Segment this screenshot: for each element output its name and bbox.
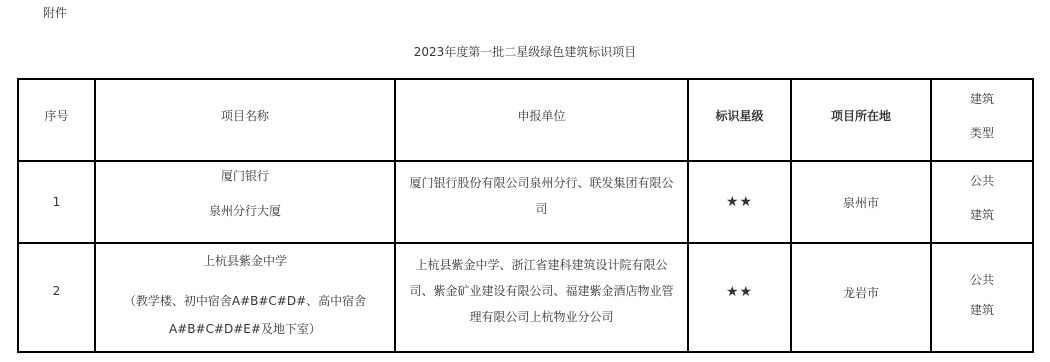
header-applicant: 申报单位: [395, 79, 688, 161]
header-project-name: 项目名称: [95, 79, 395, 161]
header-building-type-line2: 类型: [932, 116, 1032, 150]
row-project-name: 厦门银行 泉州分行大厦: [95, 161, 395, 243]
table-row: 2 上杭县紫金中学 （教学楼、初中宿舍A#B#C#D#、高中宿舍 A#B#C#D…: [18, 243, 1033, 352]
attachment-label: 附件: [43, 4, 67, 21]
green-building-table: 序号 项目名称 申报单位 标识星级 项目所在地 建筑 类型 1 厦门银行 泉州分…: [17, 78, 1034, 353]
header-building-type: 建筑 类型: [931, 79, 1033, 161]
row-applicant: 上杭县紫金中学、浙江省建科建筑设计院有限公 司、紫金矿业建设有限公司、福建紫金酒…: [395, 243, 688, 352]
row-index: 1: [18, 161, 95, 243]
row-index: 2: [18, 243, 95, 352]
table-header-row: 序号 项目名称 申报单位 标识星级 项目所在地 建筑 类型: [18, 79, 1033, 161]
row-location: 泉州市: [791, 161, 931, 243]
header-location: 项目所在地: [791, 79, 931, 161]
row-star-rating: ★★: [688, 243, 791, 352]
table-row: 1 厦门银行 泉州分行大厦 厦门银行股份有限公司泉州分行、联发集团有限公 司 ★…: [18, 161, 1033, 243]
header-index: 序号: [18, 79, 95, 161]
document-title: 2023年度第一批二星级绿色建筑标识项目: [0, 43, 1050, 60]
row-building-type: 公共 建筑: [931, 161, 1033, 243]
header-star-rating: 标识星级: [688, 79, 791, 161]
row-project-name: 上杭县紫金中学 （教学楼、初中宿舍A#B#C#D#、高中宿舍 A#B#C#D#E…: [95, 243, 395, 352]
row-applicant: 厦门银行股份有限公司泉州分行、联发集团有限公 司: [395, 161, 688, 243]
header-building-type-line1: 建筑: [932, 82, 1032, 116]
row-location: 龙岩市: [791, 243, 931, 352]
row-building-type: 公共 建筑: [931, 243, 1033, 352]
row-star-rating: ★★: [688, 161, 791, 243]
